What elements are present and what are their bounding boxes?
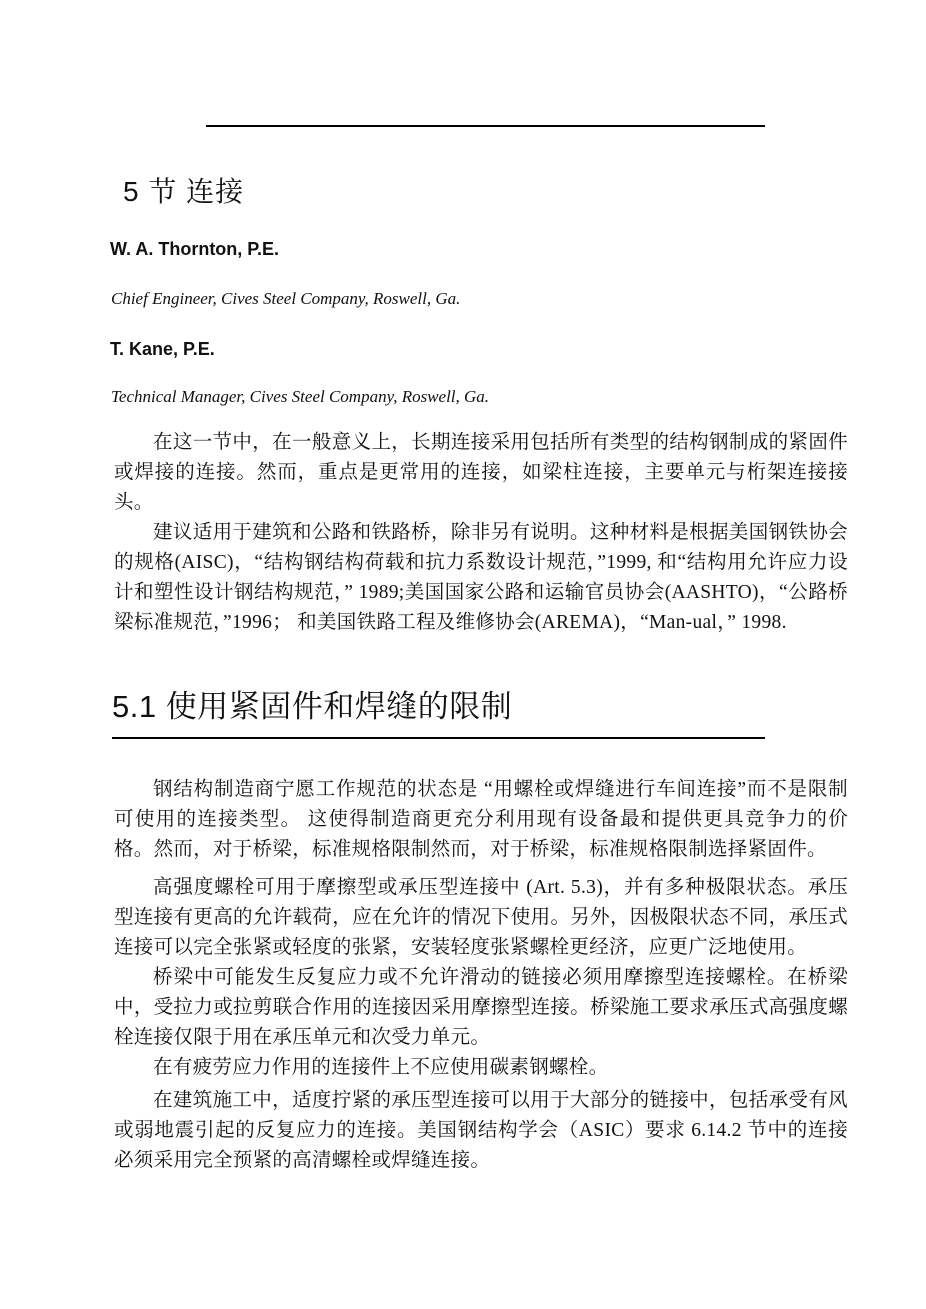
paragraph: 在建筑施工中，适度拧紧的承压型连接可以用于大部分的链接中，包括承受有风或弱地震引… <box>114 1086 848 1176</box>
author-affiliation: Chief Engineer, Cives Steel Company, Ros… <box>111 290 460 309</box>
section-heading-rule <box>112 737 765 739</box>
author-name: W. A. Thornton, P.E. <box>110 240 279 260</box>
section-heading: 5.1 使用紧固件和焊缝的限制 <box>112 689 512 725</box>
paragraph: 建议适用于建筑和公路和铁路桥，除非另有说明。这种材料是根据美国钢铁协会的规格(A… <box>114 518 848 638</box>
paragraph: 在有疲劳应力作用的连接件上不应使用碳素钢螺栓。 <box>114 1053 848 1083</box>
paragraph: 在这一节中，在一般意义上，长期连接采用包括所有类型的结构钢制成的紧固件或焊接的连… <box>114 428 848 518</box>
paragraph: 高强度螺栓可用于摩擦型或承压型连接中 (Art. 5.3)，并有多种极限状态。承… <box>114 873 848 963</box>
top-rule <box>206 125 765 127</box>
intro-block: 在这一节中，在一般意义上，长期连接采用包括所有类型的结构钢制成的紧固件或焊接的连… <box>114 428 848 638</box>
paragraph: 桥梁中可能发生反复应力或不允许滑动的链接必须用摩擦型连接螺栓。在桥梁中，受拉力或… <box>114 963 848 1053</box>
author-affiliation: Technical Manager, Cives Steel Company, … <box>111 388 489 407</box>
author-name: T. Kane, P.E. <box>110 340 215 360</box>
paragraph: 钢结构制造商宁愿工作规范的状态是 “用螺栓或焊缝进行车间连接”而不是限制可使用的… <box>114 775 848 865</box>
document-page: 5 节 连接 W. A. Thornton, P.E. Chief Engine… <box>0 0 926 1309</box>
page-title: 5 节 连接 <box>123 177 244 208</box>
section-body-block: 钢结构制造商宁愿工作规范的状态是 “用螺栓或焊缝进行车间连接”而不是限制可使用的… <box>114 775 848 1176</box>
